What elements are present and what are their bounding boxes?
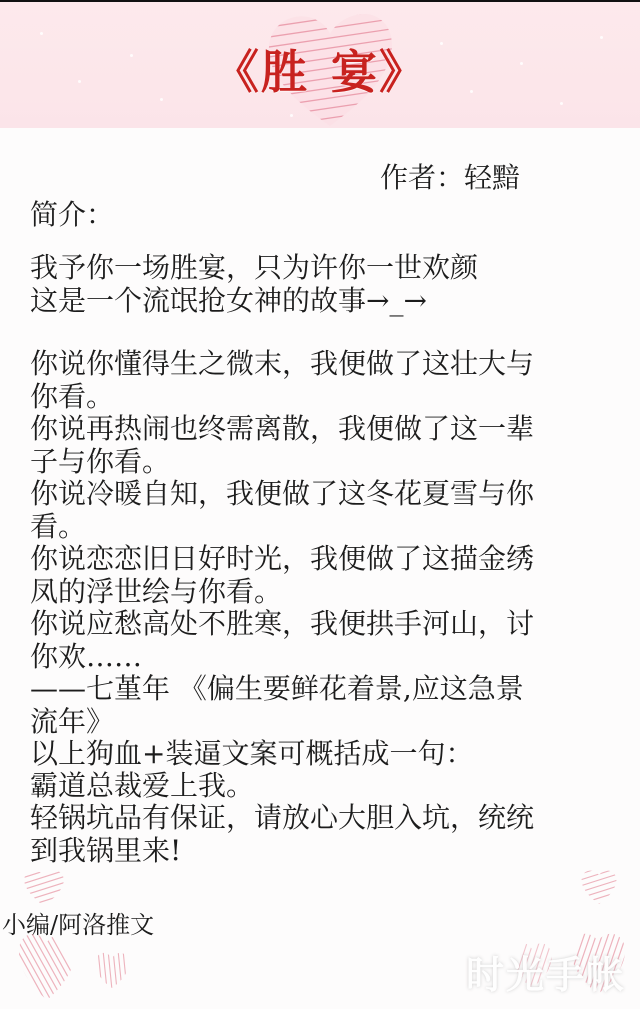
header-banner: 《胜宴》 — [0, 2, 640, 128]
watermark-logo: 时光手帐 — [466, 944, 626, 999]
intro-line-2: 这是一个流氓抢女神的故事→_→ — [30, 285, 612, 318]
page-title: 《胜宴》 — [0, 36, 640, 102]
sparkle-icon — [40, 32, 43, 35]
body-paragraph-5: 你说应愁高处不胜寒，我便拱手河山，讨 你欢…… — [30, 608, 612, 673]
body-paragraph-2: 你说再热闹也终需离散，我便做了这一辈 子与你看。 — [30, 413, 612, 478]
title-part-1: 《胜 — [213, 45, 309, 99]
editor-credit: 小编/阿洛推文 — [2, 905, 154, 940]
summary-intro: 以上狗血+装逼文案可概括成一句： — [30, 738, 612, 771]
intro-label: 简介： — [30, 193, 114, 233]
sparkle-icon — [560, 102, 563, 105]
quote-attribution: ——七堇年 《偏生要鲜花着景,应这急景 流年》 — [30, 673, 612, 738]
intro-line-1: 我予你一场胜宴，只为许你一世欢颜 — [30, 252, 612, 285]
heart-icon — [580, 868, 618, 906]
body-paragraph-3: 你说冷暖自知，我便做了这冬花夏雪与你 看。 — [30, 478, 612, 543]
summary-line: 霸道总裁爱上我。 — [30, 770, 612, 803]
closing-paragraph: 轻锅坑品有保证，请放心大胆入坑，统统 到我锅里来! — [30, 802, 612, 867]
heart-icon — [16, 930, 78, 1002]
heart-icon — [22, 868, 66, 908]
body-paragraph-4: 你说恋恋旧日好时光，我便做了这描金绣 凤的浮世绘与你看。 — [30, 543, 612, 608]
author-line: 作者：轻黯 — [380, 156, 520, 196]
title-part-2: 宴》 — [331, 45, 427, 99]
body-paragraph-1: 你说你懂得生之微末，我便做了这壮大与 你看。 — [30, 348, 612, 413]
heart-icon — [94, 950, 130, 990]
